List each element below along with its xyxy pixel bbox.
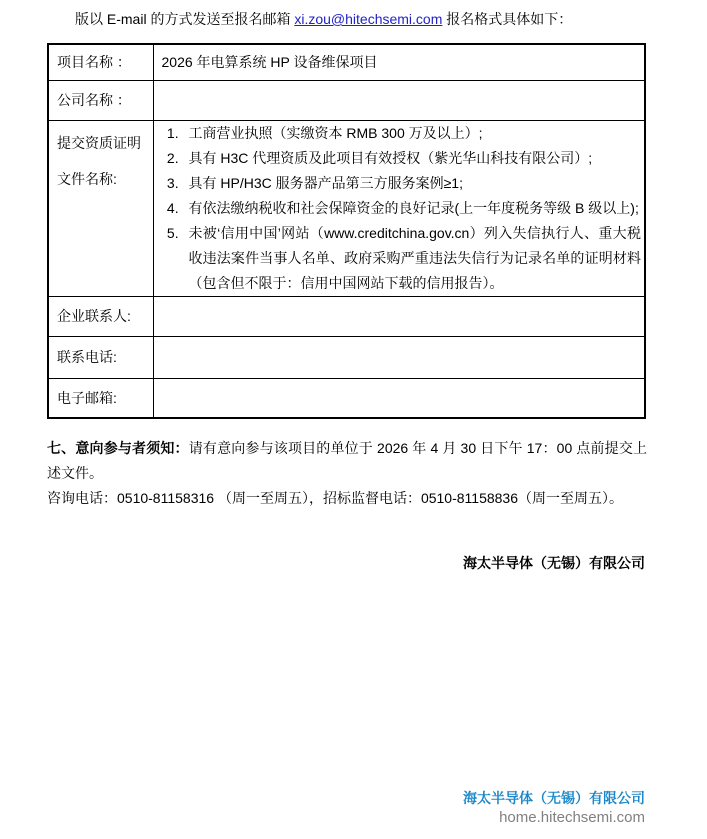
qualification-item-1: 工商营业执照（实缴资本 RMB 300 万及以上）;	[183, 121, 642, 146]
company-name-label: 公司名称 ：	[48, 80, 153, 120]
company-name-value	[153, 80, 645, 120]
registration-form-table: 项目名称 ： 2026 年电算系统 HP 设备维保项目 公司名称 ： 提交资质证…	[47, 43, 646, 419]
qualification-docs-cell: 工商营业执照（实缴资本 RMB 300 万及以上）; 具有 H3C 代理资质及此…	[153, 120, 645, 296]
qualification-item-4: 有依法缴纳税收和社会保障资金的良好记录(上一年度税务等级 B 级以上);	[183, 196, 642, 221]
phone-label: 联系电话:	[48, 336, 153, 378]
intro-line: 版以 E-mail 的方式发送至报名邮箱 xi.zou@hitechsemi.c…	[75, 9, 667, 29]
qualification-item-5: 未被‘信用中国’网站（www.creditchina.gov.cn）列入失信执行…	[183, 221, 642, 296]
notice-heading: 七、意向参与者须知：	[47, 440, 189, 456]
email-field-label: 电子邮箱:	[48, 378, 153, 418]
email-link[interactable]: xi.zou@hitechsemi.com	[294, 11, 442, 27]
signature-company-name: 海太半导体（无锡）有限公司	[0, 553, 707, 573]
notice-paragraph: 七、意向参与者须知：请有意向参与该项目的单位于 2026 年 4 月 30 日下…	[47, 436, 647, 486]
footer-website-link[interactable]: home.hitechsemi.com	[463, 808, 645, 827]
qualification-item-2: 具有 H3C 代理资质及此项目有效授权（紫光华山科技有限公司）;	[183, 146, 642, 171]
footer-company-name: 海太半导体（无锡）有限公司	[463, 788, 645, 808]
contact-person-label: 企业联系人:	[48, 296, 153, 336]
page-footer: 海太半导体（无锡）有限公司 home.hitechsemi.com	[463, 788, 645, 827]
project-name-value: 2026 年电算系统 HP 设备维保项目	[153, 44, 645, 80]
email-field-value	[153, 378, 645, 418]
qualification-list: 工商营业执照（实缴资本 RMB 300 万及以上）; 具有 H3C 代理资质及此…	[154, 121, 642, 296]
document-page: 版以 E-mail 的方式发送至报名邮箱 xi.zou@hitechsemi.c…	[0, 0, 707, 839]
intro-suffix: 报名格式具体如下：	[442, 11, 572, 27]
contact-phones-line: 咨询电话：0510-81158316 （周一至周五），招标监督电话：0510-8…	[47, 486, 647, 511]
table-row-company: 公司名称 ：	[48, 80, 645, 120]
qualification-item-3: 具有 HP/H3C 服务器产品第三方服务案例≥1;	[183, 171, 642, 196]
phone-value	[153, 336, 645, 378]
table-row-qualifications: 提交资质证明文件名称: 工商营业执照（实缴资本 RMB 300 万及以上）; 具…	[48, 120, 645, 296]
table-row-project: 项目名称 ： 2026 年电算系统 HP 设备维保项目	[48, 44, 645, 80]
table-row-phone: 联系电话:	[48, 336, 645, 378]
project-name-label: 项目名称 ：	[48, 44, 153, 80]
qualification-docs-label: 提交资质证明文件名称:	[48, 120, 153, 296]
intro-prefix: 版以 E-mail 的方式发送至报名邮箱	[75, 11, 294, 27]
table-row-contact-person: 企业联系人:	[48, 296, 645, 336]
contact-person-value	[153, 296, 645, 336]
table-row-email: 电子邮箱:	[48, 378, 645, 418]
